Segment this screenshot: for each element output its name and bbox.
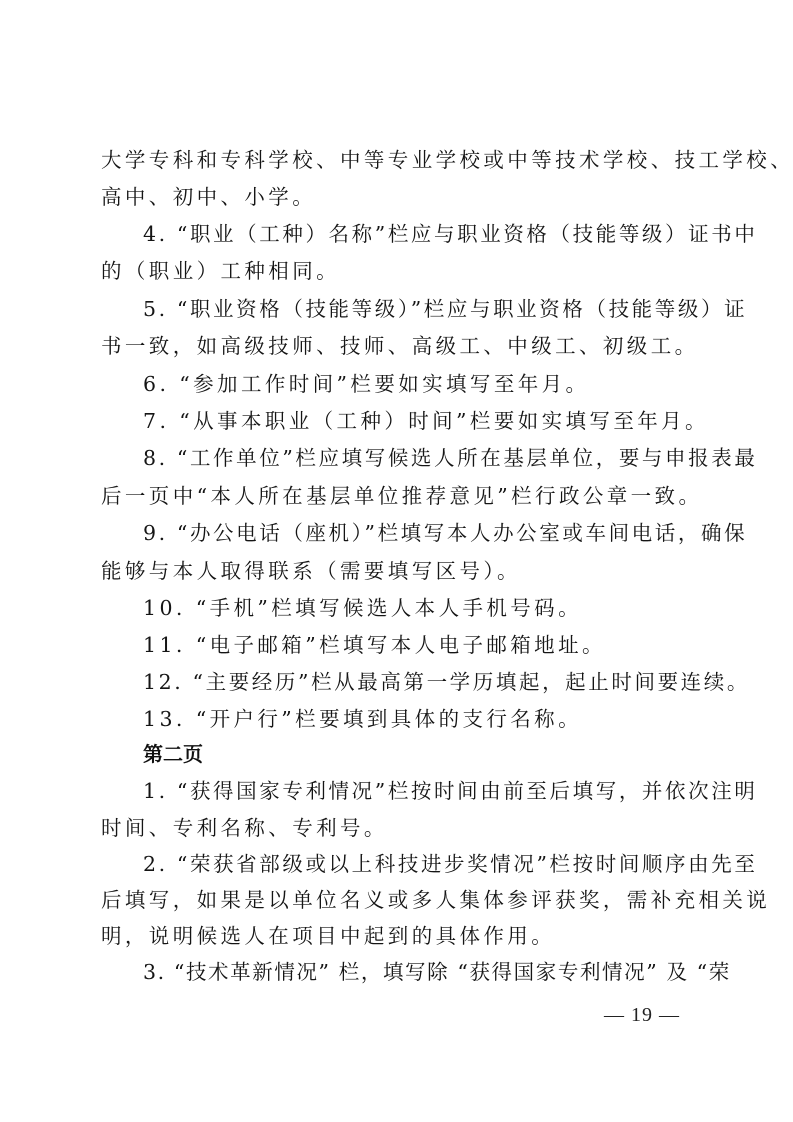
item-13-line: 13. “开户行”栏要填到具体的支行名称。 [143, 704, 743, 734]
page2-item-1-line: 1. “获得国家专利情况”栏按时间由前至后填写，并依次注明 [143, 776, 743, 806]
item-5-line-continued: 书一致，如高级技师、技师、高级工、中级工、初级工。 [101, 331, 701, 361]
item-7-line: 7. “从事本职业（工种）时间”栏要如实填写至年月。 [143, 406, 743, 436]
page-number: — 19 — [604, 1000, 680, 1030]
page2-item-3-line: 3. “技术革新情况” 栏，填写除 “获得国家专利情况” 及 “荣 [143, 957, 743, 987]
page2-item-2-line-continued-2: 明，说明候选人在项目中起到的具体作用。 [101, 921, 701, 951]
item-9-line: 9. “办公电话（座机）”栏填写本人办公室或车间电话，确保 [143, 518, 743, 548]
document-page: 大学专科和专科学校、中等专业学校或中等技术学校、技工学校、 高中、初中、小学。 … [0, 0, 793, 1122]
item-10-line: 10. “手机”栏填写候选人本人手机号码。 [143, 593, 743, 623]
item-9-line-continued: 能够与本人取得联系（需要填写区号）。 [101, 556, 701, 586]
item-4-line: 4. “职业（工种）名称”栏应与职业资格（技能等级）证书中 [143, 219, 743, 249]
page2-item-2-line: 2. “荣获省部级或以上科技进步奖情况”栏按时间顺序由先至 [143, 849, 743, 879]
item-4-line-continued: 的（职业）工种相同。 [101, 256, 701, 286]
item-12-line: 12. “主要经历”栏从最高第一学历填起，起止时间要连续。 [143, 667, 743, 697]
page2-item-1-line-continued: 时间、专利名称、专利号。 [101, 813, 701, 843]
item-8-line: 8. “工作单位”栏应填写候选人所在基层单位，要与申报表最 [143, 443, 743, 473]
item-8-line-continued: 后一页中“本人所在基层单位推荐意见”栏行政公章一致。 [101, 481, 701, 511]
section-heading-page-two: 第二页 [143, 739, 203, 769]
page2-item-2-line-continued: 后填写，如果是以单位名义或多人集体参评获奖，需补充相关说 [101, 885, 701, 915]
item-5-line: 5. “职业资格（技能等级）”栏应与职业资格（技能等级）证 [143, 294, 743, 324]
item-6-line: 6. “参加工作时间”栏要如实填写至年月。 [143, 369, 743, 399]
paragraph-line: 大学专科和专科学校、中等专业学校或中等技术学校、技工学校、 [101, 145, 701, 175]
paragraph-line: 高中、初中、小学。 [101, 182, 701, 212]
item-11-line: 11. “电子邮箱”栏填写本人电子邮箱地址。 [143, 630, 743, 660]
